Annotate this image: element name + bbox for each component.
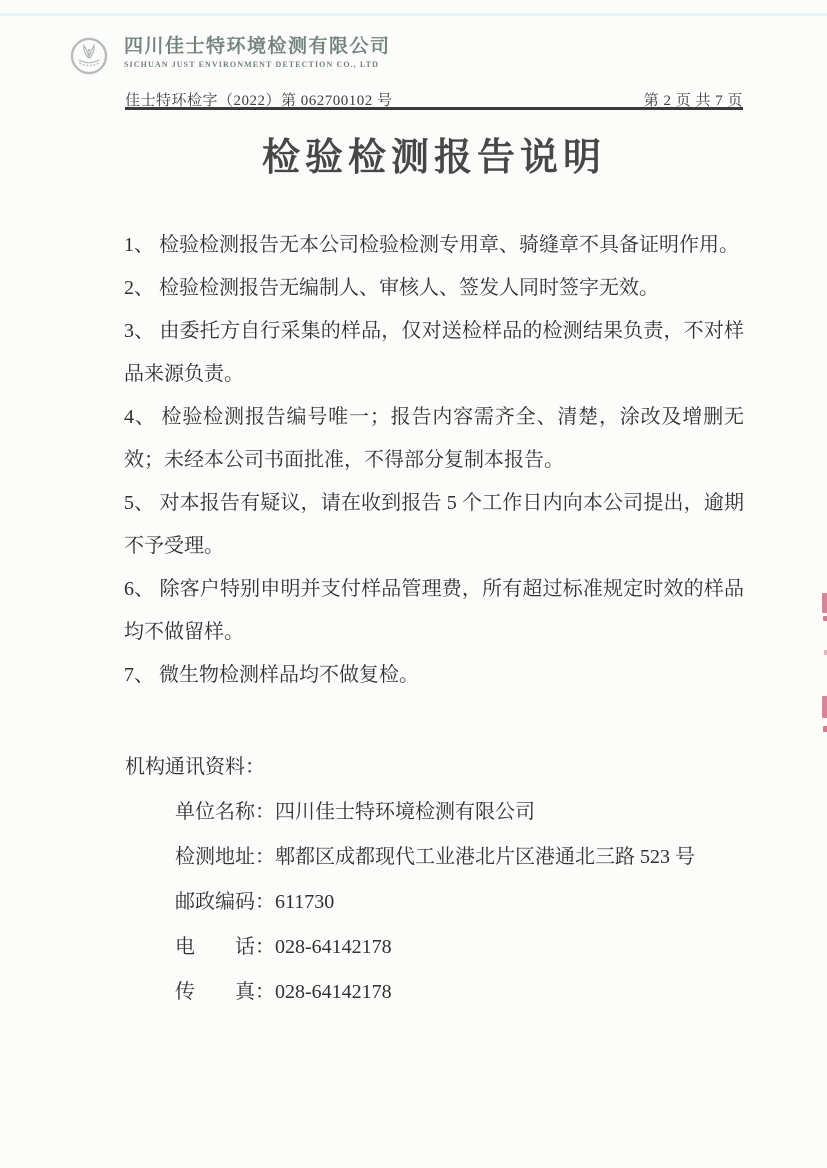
report-page: 四川佳士特环境检测有限公司 SICHUAN JUST ENVIRONMENT D…: [0, 0, 827, 1168]
notes-list: 1、 检验检测报告无本公司检验检测专用章、骑缝章不具备证明作用。 2、 检验检测…: [124, 224, 744, 697]
note-item-2: 2、 检验检测报告无编制人、审核人、签发人同时签字无效。: [124, 267, 744, 310]
scan-artifact-line: [0, 13, 827, 16]
note-item-5: 5、 对本报告有疑议，请在收到报告 5 个工作日内向本公司提出，逾期不予受理。: [124, 482, 744, 568]
contact-row-company: 单位名称：四川佳士特环境检测有限公司: [175, 790, 745, 835]
contact-label-postcode: 邮政编码：: [175, 880, 275, 925]
company-identity: 四川佳士特环境检测有限公司 SICHUAN JUST ENVIRONMENT D…: [124, 36, 391, 70]
stamp-edge-mark: [822, 593, 827, 613]
contact-label-fax: 传 真：: [175, 970, 275, 1015]
contact-row-address: 检测地址：郫都区成都现代工业港北片区港通北三路 523 号: [175, 835, 745, 880]
contact-section: 机构通讯资料： 单位名称：四川佳士特环境检测有限公司 检测地址：郫都区成都现代工…: [125, 745, 745, 1015]
company-name-cn: 四川佳士特环境检测有限公司: [124, 36, 391, 58]
contact-value-company: 四川佳士特环境检测有限公司: [275, 801, 535, 823]
contact-value-phone: 028-64142178: [275, 936, 392, 958]
company-seal-logo-icon: [70, 37, 108, 75]
note-item-3: 3、 由委托方自行采集的样品，仅对送检样品的检测结果负责，不对样品来源负责。: [124, 310, 744, 396]
letterhead: 四川佳士特环境检测有限公司 SICHUAN JUST ENVIRONMENT D…: [70, 36, 391, 75]
contact-heading: 机构通讯资料：: [125, 745, 745, 790]
contact-row-postcode: 邮政编码：611730: [175, 880, 745, 925]
contact-rows: 单位名称：四川佳士特环境检测有限公司 检测地址：郫都区成都现代工业港北片区港通北…: [125, 790, 745, 1015]
stamp-edge-mark: [823, 616, 827, 621]
contact-row-phone: 电 话：028-64142178: [175, 925, 745, 970]
contact-value-postcode: 611730: [275, 891, 334, 913]
note-item-7: 7、 微生物检测样品均不做复检。: [124, 654, 744, 697]
note-item-1: 1、 检验检测报告无本公司检验检测专用章、骑缝章不具备证明作用。: [124, 224, 744, 267]
page-title: 检验检测报告说明: [125, 126, 743, 181]
note-item-6: 6、 除客户特别申明并支付样品管理费，所有超过标准规定时效的样品均不做留样。: [124, 568, 744, 654]
note-item-4: 4、 检验检测报告编号唯一；报告内容需齐全、清楚，涂改及增删无效；未经本公司书面…: [124, 396, 744, 482]
contact-label-company: 单位名称：: [175, 790, 275, 835]
contact-row-fax: 传 真：028-64142178: [175, 970, 745, 1015]
contact-label-phone: 电 话：: [175, 925, 275, 970]
header-divider: [125, 107, 743, 110]
company-name-en: SICHUAN JUST ENVIRONMENT DETECTION CO., …: [124, 60, 391, 70]
contact-value-address: 郫都区成都现代工业港北片区港通北三路 523 号: [275, 846, 695, 868]
contact-value-fax: 028-64142178: [275, 981, 392, 1003]
stamp-edge-mark: [823, 726, 827, 732]
stamp-edge-mark: [822, 696, 827, 718]
contact-label-address: 检测地址：: [175, 835, 275, 880]
